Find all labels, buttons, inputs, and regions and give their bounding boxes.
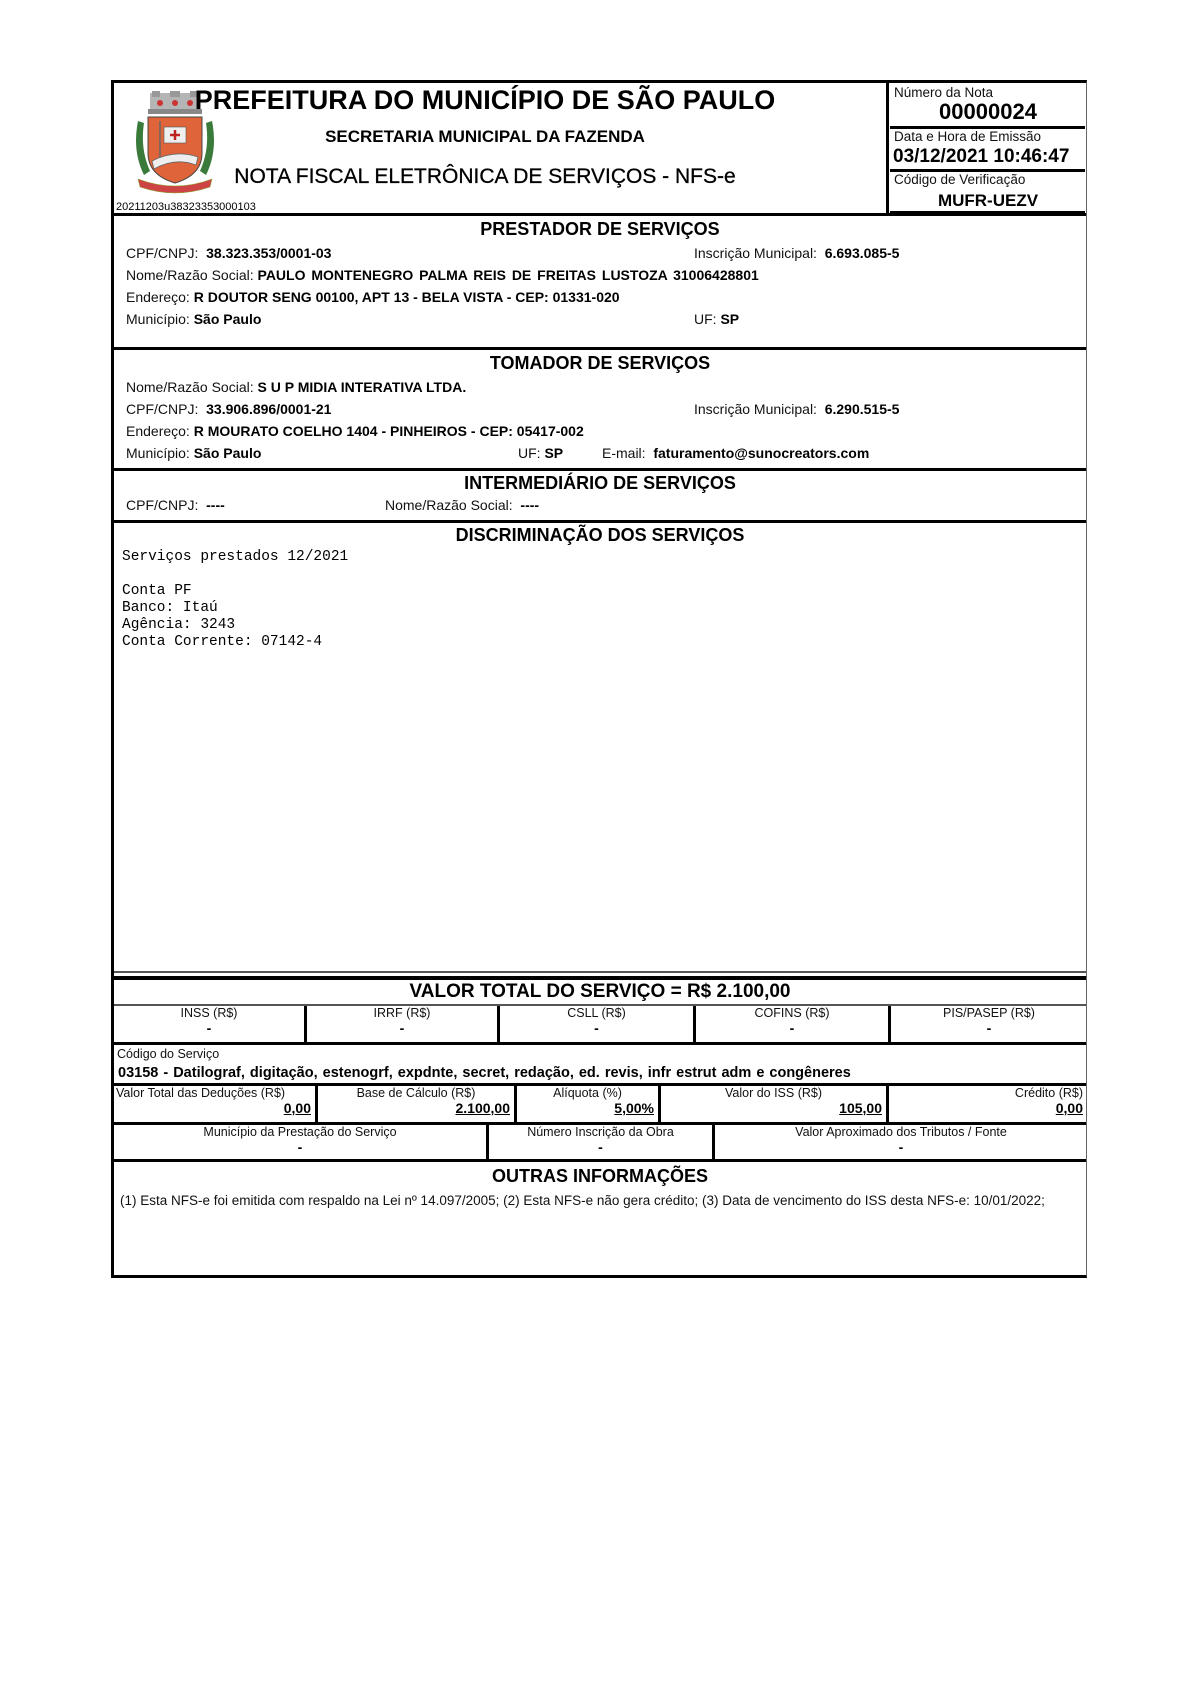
value: - [307, 1020, 497, 1036]
value: 33.906.896/0001-21 [206, 401, 331, 417]
value: 0,00 [889, 1100, 1087, 1116]
valores-row: Valor Total das Deduções (R$)0,00 Base d… [114, 1086, 1086, 1122]
prestador-municipio: Município: São Paulo [126, 311, 261, 327]
header-subtitle: SECRETARIA MUNICIPAL DA FAZENDA [114, 127, 826, 147]
label: Valor do ISS (R$) [661, 1086, 886, 1100]
label: Nome/Razão Social: [126, 267, 254, 283]
label: CPF/CNPJ: [126, 497, 198, 513]
value: 0,00 [114, 1100, 315, 1116]
prestador-title: PRESTADOR DE SERVIÇOS [114, 219, 1086, 240]
label: PIS/PASEP (R$) [891, 1006, 1087, 1020]
municipio-prestacao-cell: Município da Prestação do Serviço- [114, 1125, 486, 1159]
discriminacao-text: Serviços prestados 12/2021 Conta PF Banc… [122, 549, 348, 651]
value: ---- [206, 497, 225, 513]
value: 2.100,00 [318, 1100, 514, 1116]
intermediario-title: INTERMEDIÁRIO DE SERVIÇOS [114, 473, 1086, 494]
label: Nome/Razão Social: [126, 379, 254, 395]
label: Endereço: [126, 423, 190, 439]
nfse-document: PREFEITURA DO MUNICÍPIO DE SÃO PAULO SEC… [111, 80, 1087, 1278]
value: 38.323.353/0001-03 [206, 245, 331, 261]
value: - [114, 1139, 486, 1155]
value: faturamento@sunocreators.com [653, 445, 869, 461]
pispasep-cell: PIS/PASEP (R$)- [891, 1006, 1087, 1042]
tomador-email: E-mail: faturamento@sunocreators.com [602, 445, 869, 461]
header-title: PREFEITURA DO MUNICÍPIO DE SÃO PAULO [114, 85, 826, 116]
label: Base de Cálculo (R$) [318, 1086, 514, 1100]
cofins-cell: COFINS (R$)- [696, 1006, 888, 1042]
value: - [500, 1020, 693, 1036]
barcode-text: 20211203u38323353000103 [116, 201, 256, 213]
value: - [715, 1139, 1087, 1155]
label: Crédito (R$) [889, 1086, 1087, 1100]
divider [114, 971, 1086, 973]
value: SP [544, 445, 563, 461]
value: - [114, 1020, 304, 1036]
value: 5,00% [517, 1100, 658, 1116]
outras-text: (1) Esta NFS-e foi emitida com respaldo … [120, 1193, 1066, 1209]
tomador-im: Inscrição Municipal: 6.290.515-5 [694, 401, 899, 417]
value: - [891, 1020, 1087, 1036]
value: S U P MIDIA INTERATIVA LTDA. [258, 379, 467, 395]
value: São Paulo [194, 445, 262, 461]
divider [114, 520, 1086, 523]
label: CPF/CNPJ: [126, 401, 198, 417]
tributos-row: INSS (R$)- IRRF (R$)- CSLL (R$)- COFINS … [114, 1006, 1086, 1042]
label: Endereço: [126, 289, 190, 305]
codigo-label: Código de Verificação [894, 172, 1025, 187]
divider [114, 1159, 1086, 1162]
label: Nome/Razão Social: [385, 497, 513, 513]
label: Valor Total das Deduções (R$) [114, 1086, 315, 1100]
label: INSS (R$) [114, 1006, 304, 1020]
label: Município: [126, 311, 190, 327]
label: CPF/CNPJ: [126, 245, 198, 261]
value: 6.693.085-5 [825, 245, 900, 261]
credito-cell: Crédito (R$)0,00 [889, 1086, 1087, 1122]
prestador-nome: Nome/Razão Social: PAULO MONTENEGRO PALM… [126, 267, 759, 283]
intermediario-cnpj: CPF/CNPJ: ---- [126, 497, 225, 513]
data-label: Data e Hora de Emissão [894, 129, 1041, 144]
base-calculo-cell: Base de Cálculo (R$)2.100,00 [318, 1086, 514, 1122]
numero-label: Número da Nota [894, 85, 993, 100]
local-row: Município da Prestação do Serviço- Númer… [114, 1125, 1086, 1159]
prestador-cnpj: CPF/CNPJ: 38.323.353/0001-03 [126, 245, 331, 261]
deducoes-cell: Valor Total das Deduções (R$)0,00 [114, 1086, 315, 1122]
label: Número Inscrição da Obra [489, 1125, 712, 1139]
tomador-municipio: Município: São Paulo [126, 445, 261, 461]
numero-value: 00000024 [894, 99, 1082, 125]
aliquota-cell: Alíquota (%)5,00% [517, 1086, 658, 1122]
csll-cell: CSLL (R$)- [500, 1006, 693, 1042]
divider [114, 1042, 1086, 1045]
tomador-endereco: Endereço: R MOURATO COELHO 1404 - PINHEI… [126, 423, 584, 439]
header-doc-type: NOTA FISCAL ELETRÔNICA DE SERVIÇOS - NFS… [114, 165, 826, 189]
codigo-value: MUFR-UEZV [894, 191, 1082, 211]
value: ---- [520, 497, 539, 513]
tomador-uf: UF: SP [518, 445, 563, 461]
value: 105,00 [661, 1100, 886, 1116]
prestador-endereco: Endereço: R DOUTOR SENG 00100, APT 13 - … [126, 289, 620, 305]
value: São Paulo [194, 311, 262, 327]
label: Valor Aproximado dos Tributos / Fonte [715, 1125, 1087, 1139]
header-divider [886, 83, 889, 215]
divider [114, 213, 1086, 216]
outras-title: OUTRAS INFORMAÇÕES [114, 1166, 1086, 1187]
inscricao-obra-cell: Número Inscrição da Obra- [489, 1125, 712, 1159]
codigo-servico-label: Código do Serviço [117, 1047, 219, 1061]
divider [114, 976, 1086, 980]
label: Município: [126, 445, 190, 461]
label: UF: [694, 311, 717, 327]
data-value: 03/12/2021 10:46:47 [893, 146, 1069, 168]
inss-cell: INSS (R$)- [114, 1006, 304, 1042]
value: SP [720, 311, 739, 327]
divider [114, 468, 1086, 471]
label: Inscrição Municipal: [694, 245, 817, 261]
label: E-mail: [602, 445, 646, 461]
value: PAULO MONTENEGRO PALMA REIS DE FREITAS L… [258, 267, 759, 283]
valor-total: VALOR TOTAL DO SERVIÇO = R$ 2.100,00 [114, 981, 1086, 1003]
irrf-cell: IRRF (R$)- [307, 1006, 497, 1042]
intermediario-nome: Nome/Razão Social: ---- [385, 497, 539, 513]
tomador-cnpj: CPF/CNPJ: 33.906.896/0001-21 [126, 401, 331, 417]
divider [114, 347, 1086, 350]
value: R MOURATO COELHO 1404 - PINHEIROS - CEP:… [194, 423, 584, 439]
value: - [696, 1020, 888, 1036]
prestador-im: Inscrição Municipal: 6.693.085-5 [694, 245, 899, 261]
label: COFINS (R$) [696, 1006, 888, 1020]
value: 6.290.515-5 [825, 401, 900, 417]
valor-iss-cell: Valor do ISS (R$)105,00 [661, 1086, 886, 1122]
label: IRRF (R$) [307, 1006, 497, 1020]
label: CSLL (R$) [500, 1006, 693, 1020]
value: R DOUTOR SENG 00100, APT 13 - BELA VISTA… [194, 289, 620, 305]
value: - [489, 1139, 712, 1155]
prestador-uf: UF: SP [694, 311, 739, 327]
label: UF: [518, 445, 541, 461]
tomador-title: TOMADOR DE SERVIÇOS [114, 353, 1086, 374]
label: Alíquota (%) [517, 1086, 658, 1100]
tributos-aprox-cell: Valor Aproximado dos Tributos / Fonte- [715, 1125, 1087, 1159]
label: Município da Prestação do Serviço [114, 1125, 486, 1139]
tomador-nome: Nome/Razão Social: S U P MIDIA INTERATIV… [126, 379, 466, 395]
label: Inscrição Municipal: [694, 401, 817, 417]
codigo-servico-value: 03158 - Datilograf, digitação, estenogrf… [118, 1065, 851, 1081]
discriminacao-title: DISCRIMINAÇÃO DOS SERVIÇOS [114, 525, 1086, 546]
